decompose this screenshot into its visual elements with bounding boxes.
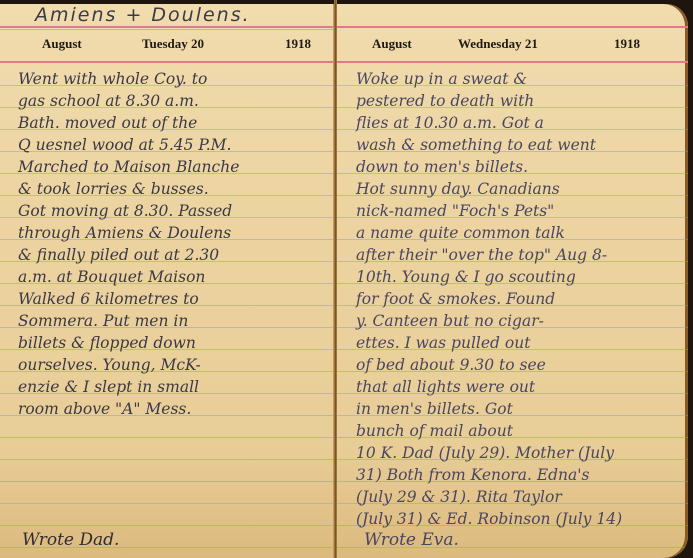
entry-line: Got moving at 8.30. Passed [18, 200, 239, 222]
red-rule-top-double [0, 29, 335, 30]
right-page: August Wednesday 21 1918 Woke up in a sw… [336, 4, 688, 558]
diary-entry: Woke up in a sweat & pestered to death w… [356, 68, 622, 530]
weekday-day: Tuesday 20 [142, 36, 204, 52]
entry-line: 10th. Young & I go scouting [356, 266, 622, 288]
binding-gutter [334, 0, 337, 558]
entry-line: a.m. at Bouquet Maison [18, 266, 239, 288]
entry-line: Hot sunny day. Canadians [356, 178, 622, 200]
entry-line: (July 29 & 31). Rita Taylor [356, 486, 622, 508]
entry-line: Went with whole Coy. to [18, 68, 239, 90]
entry-line: ourselves. Young, McK- [18, 354, 239, 376]
entry-line: Bath. moved out of the [18, 112, 239, 134]
month: August [42, 36, 82, 52]
entry-line: wash & something to eat went [356, 134, 622, 156]
entry-line: of bed about 9.30 to see [356, 354, 622, 376]
entry-line: Marched to Maison Blanche [18, 156, 239, 178]
red-rule-top [336, 26, 688, 28]
red-rule-top [0, 26, 335, 28]
entry-line: down to men's billets. [356, 156, 622, 178]
diary-spread: Amiens + Doulens. August Tuesday 20 1918… [0, 0, 693, 558]
footer-note: Wrote Dad. [22, 530, 119, 550]
year: 1918 [614, 36, 640, 52]
entry-line: & took lorries & busses. [18, 178, 239, 200]
diary-entry: Went with whole Coy. to gas school at 8.… [18, 68, 239, 420]
red-rule-header [336, 61, 688, 63]
entry-line: 10 K. Dad (July 29). Mother (July [356, 442, 622, 464]
entry-line: gas school at 8.30 a.m. [18, 90, 239, 112]
entry-line: that all lights were out [356, 376, 622, 398]
entry-line: room above "A" Mess. [18, 398, 239, 420]
red-rule-header [0, 61, 335, 63]
entry-line: through Amiens & Doulens [18, 222, 239, 244]
entry-line: Walked 6 kilometres to [18, 288, 239, 310]
place-title: Amiens + Doulens. [35, 4, 251, 26]
entry-line: Woke up in a sweat & [356, 68, 622, 90]
entry-line: flies at 10.30 a.m. Got a [356, 112, 622, 134]
entry-line: enzie & I slept in small [18, 376, 239, 398]
entry-line: ettes. I was pulled out [356, 332, 622, 354]
entry-line: & finally piled out at 2.30 [18, 244, 239, 266]
year: 1918 [285, 36, 311, 52]
entry-line: after their "over the top" Aug 8- [356, 244, 622, 266]
entry-line: for foot & smokes. Found [356, 288, 622, 310]
weekday-day: Wednesday 21 [458, 36, 538, 52]
footer-note: Wrote Eva. [364, 530, 459, 550]
entry-line: bunch of mail about [356, 420, 622, 442]
left-page: Amiens + Doulens. August Tuesday 20 1918… [0, 4, 335, 558]
entry-line: nick-named "Foch's Pets" [356, 200, 622, 222]
entry-line: y. Canteen but no cigar- [356, 310, 622, 332]
entry-line: billets & flopped down [18, 332, 239, 354]
date-header: August Tuesday 20 1918 [0, 36, 335, 56]
entry-line: Q uesnel wood at 5.45 P.M. [18, 134, 239, 156]
entry-line: a name quite common talk [356, 222, 622, 244]
entry-line: in men's billets. Got [356, 398, 622, 420]
month: August [372, 36, 412, 52]
entry-line: (July 31) & Ed. Robinson (July 14) [356, 508, 622, 530]
entry-line: pestered to death with [356, 90, 622, 112]
entry-line: Sommera. Put men in [18, 310, 239, 332]
entry-line: 31) Both from Kenora. Edna's [356, 464, 622, 486]
date-header: August Wednesday 21 1918 [336, 36, 688, 56]
